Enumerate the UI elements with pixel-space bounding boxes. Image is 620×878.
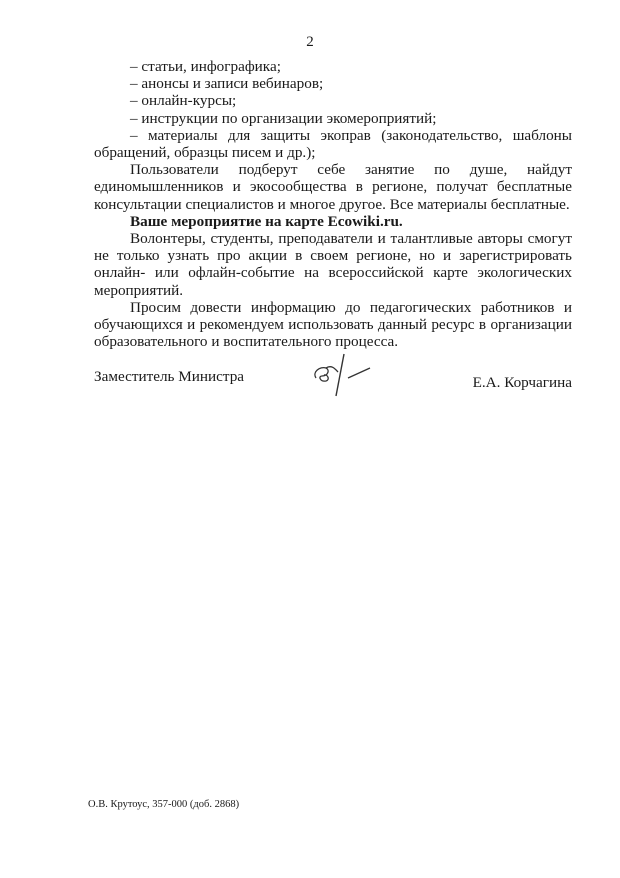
signatory-title: Заместитель Министра [94, 368, 244, 386]
list-item: – инструкции по организации экомероприят… [94, 110, 572, 127]
paragraph-request: Просим довести информацию до педагогичес… [94, 299, 572, 351]
paragraph-users: Пользователи подберут себе занятие по ду… [94, 161, 572, 213]
list-item: – статьи, инфографика; [94, 58, 572, 75]
section-heading: Ваше мероприятие на карте Ecowiki.ru. [94, 213, 572, 230]
letter-body: – статьи, инфографика; – анонсы и записи… [94, 58, 572, 350]
list-item-last-line1: – материалы для защиты экоправ (законода… [94, 127, 572, 144]
page-number: 2 [0, 34, 620, 51]
handwritten-signature-icon [306, 344, 386, 404]
paragraph-volunteers: Волонтеры, студенты, преподаватели и тал… [94, 230, 572, 299]
list-item-last-line2: обращений, образцы писем и др.); [94, 144, 572, 161]
signature-block: Заместитель Министра Е.А. Корчагина [94, 362, 572, 402]
list-item: – онлайн-курсы; [94, 92, 572, 109]
contact-footer: О.В. Крутоус, 357-000 (доб. 2868) [88, 799, 239, 810]
list-item: – анонсы и записи вебинаров; [94, 75, 572, 92]
signatory-name: Е.А. Корчагина [473, 374, 572, 392]
